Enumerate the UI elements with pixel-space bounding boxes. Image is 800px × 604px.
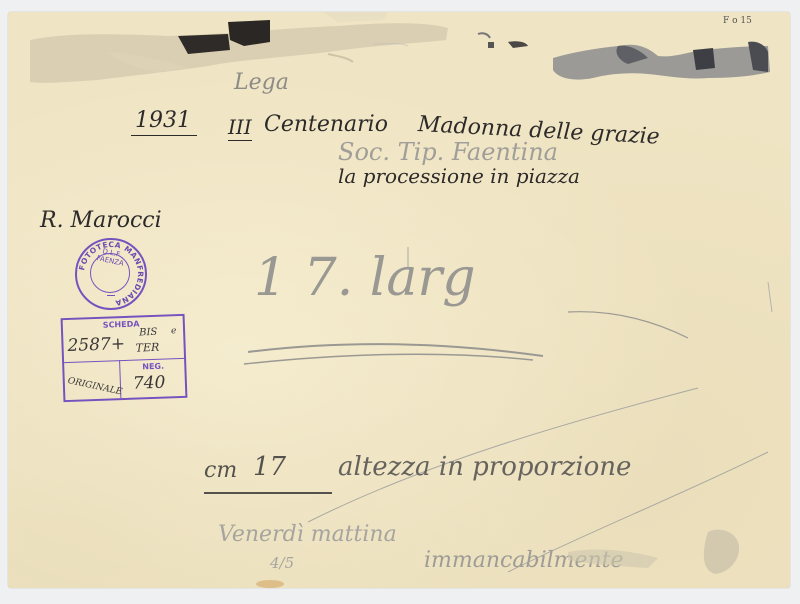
photo-back-paper: F o 15 Lega 1931 III Centenario Madonna … [8, 12, 790, 588]
stain-bottom [8, 12, 790, 588]
